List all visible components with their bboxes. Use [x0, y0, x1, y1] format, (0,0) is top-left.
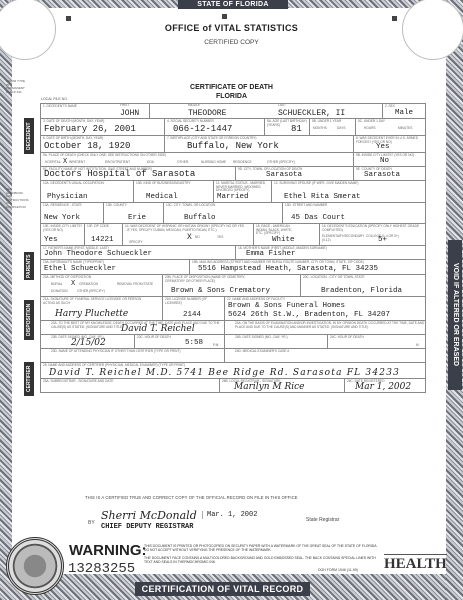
field-informant-name: 19a. INFORMANT'S NAME (Type/Print) Ethel…	[40, 260, 190, 275]
cremation-checkmark[interactable]: X	[71, 280, 75, 288]
field-hour-of-death: 23c. HOUR OF DEATH 5:58 P.M.	[135, 335, 225, 349]
field-license-number: 21b. LICENSE NUMBER (Of Licensee) 2144	[163, 297, 225, 321]
field-ssn: 4. SOCIAL SECURITY NUMBER 066-12-1447	[165, 119, 265, 136]
margin-note: INK OR TYPE IN PERMANENT BLACK INK	[6, 80, 28, 94]
name-row	[40, 103, 383, 119]
field-mother-name: 18. MOTHER'S NAME (First, Middle, Maiden…	[236, 246, 426, 260]
field-armed-forces: 8. WAS DECEDENT EVER IN U.S. ARMED FORCE…	[354, 136, 426, 153]
field-county-of-death: 9e. COUNTY OF DEATH Sarasota	[354, 167, 426, 181]
field-residence-county: 13b. COUNTY Erie	[104, 203, 164, 224]
certification-banner: CERTIFICATION OF VITAL RECORD	[135, 582, 310, 596]
certificate-state: FLORIDA	[0, 93, 463, 100]
serial-number: 13283255	[68, 561, 135, 577]
warning-text: THIS DOCUMENT IS PRINTED OR PHOTOCOPIED …	[144, 544, 379, 552]
copy-type: CERTIFIED COPY	[0, 39, 463, 46]
field-physician-certification: 23a. To the best of my knowledge, death …	[40, 321, 225, 335]
field-examiner-hour: 24c. HOUR OF DEATH M	[328, 335, 426, 349]
registration-mark	[392, 16, 397, 21]
certification-date: Mar. 1, 2002	[202, 511, 257, 519]
field-certifier-address: 25. NAME AND ADDRESS OF CERTIFIER (PHYSI…	[40, 363, 426, 379]
field-inside-city-limits-residence: 13e. INSIDE CITY LIMITS? (Yes or No) Yes	[40, 224, 85, 246]
field-inside-city-limits-death: 9b. INSIDE CITY LIMITS? (Yes or No) No	[354, 153, 426, 167]
field-facility-name: 9c. FACILITY NAME (If not institution, g…	[40, 167, 236, 181]
inpatient-checkmark[interactable]: X	[63, 158, 67, 166]
field-residence-city: 13c. CITY, TOWN, OR LOCATION Buffalo	[164, 203, 283, 224]
health-logo: HEALTH	[384, 554, 447, 573]
field-mailing-address: 19b. MAILING ADDRESS (Street and Number …	[190, 260, 426, 275]
field-examiner-certification: 24a. On the basis of examination and/or …	[225, 321, 426, 335]
field-examiner-case: 24d. MEDICAL EXAMINER'S CASE #	[225, 349, 426, 363]
field-subregistrar: 26a. SUBREGISTRAR - SIGNATURE AND DATE	[40, 379, 220, 393]
state-registrar-label: State Registrar	[306, 517, 339, 523]
field-date-of-death: 3. DATE OF DEATH (Month, Day, Year) Febr…	[40, 119, 165, 136]
section-parents: PARENTS	[24, 252, 34, 280]
field-attending-physician: 23d. NAME OF ATTENDING PHYSICIAN IF OTHE…	[40, 349, 225, 363]
office-title: OFFICE of VITAL STATISTICS	[0, 23, 463, 33]
field-disposition-method: 20a. METHOD OF DISPOSITION Burial X Crem…	[40, 275, 163, 297]
field-zip: 13f. ZIP CODE 14221	[85, 224, 123, 246]
registration-mark	[222, 14, 227, 19]
field-local-registrar: 26b. LOCAL REGISTRAR - SIGNATURE Marilyn…	[220, 379, 345, 393]
void-banner: VOID IF ALTERED OR ERASED	[448, 240, 462, 390]
field-occupation: 10a. DECEDENT'S USUAL OCCUPATION Physici…	[40, 181, 134, 203]
field-place-of-death: 9a. PLACE OF DEATH (Check only one; see …	[40, 153, 354, 167]
form-number: DOH FORM 1946 (11-99)	[318, 568, 358, 572]
field-place-of-disposition: 20b. PLACE OF DISPOSITION (Name of cemet…	[163, 275, 301, 297]
by-label: BY	[88, 520, 95, 526]
field-education: 16. DECEDENT'S EDUCATION (Specify only h…	[320, 224, 426, 246]
field-age: 5a. AGE (Last Birthday) (Years) 81	[265, 119, 310, 136]
field-marital-status: 11. MARITAL STATUS - Married, Never Marr…	[214, 181, 272, 203]
field-street: 13d. STREET AND NUMBER 45 Das Court	[283, 203, 426, 224]
warning-label: WARNING:	[69, 542, 147, 559]
section-disposition: DISPOSITION	[24, 300, 34, 340]
field-birthplace: 7. BIRTHPLACE (City and State or Foreign…	[165, 136, 354, 153]
field-date-registered: 26c. DATE REGISTERED Mar 1, 2002	[345, 379, 426, 393]
field-surviving-spouse: 12. SURVIVING SPOUSE (If wife, give maid…	[272, 181, 426, 203]
certificate-title: CERTIFICATE OF DEATH	[0, 84, 463, 91]
field-race: 15. RACE - American Indian, Black, White…	[254, 224, 320, 246]
field-father-name: 17. FATHER'S NAME (First, Middle, Last) …	[40, 246, 236, 260]
hispanic-no-checkmark[interactable]: X	[187, 233, 192, 242]
field-city-of-death: 9d. CITY, TOWN, OR LOCATION OF DEATH Sar…	[236, 167, 354, 181]
state-seal-icon	[6, 537, 64, 595]
section-certifier: CERTIFIER	[24, 362, 34, 396]
registrar-signature: Sherri McDonald	[101, 509, 197, 522]
field-under-1-day: 5c. UNDER 1 DAY Hours Minutes	[356, 119, 426, 136]
field-funeral-facility: 22. NAME AND ADDRESS OF FACILITY Brown &…	[225, 297, 426, 321]
field-under-1-year: 5b. UNDER 1 YEAR Months Days	[310, 119, 356, 136]
certification-statement: THIS IS A CERTIFIED TRUE AND CORRECT COP…	[85, 495, 298, 500]
local-file-label: LOCAL FILE NO.	[41, 97, 68, 101]
field-director-signature: 21a. SIGNATURE OF FUNERAL SERVICE LICENS…	[40, 297, 163, 321]
signer-title: CHIEF DEPUTY REGISTRAR	[101, 523, 193, 531]
field-examiner-date: 24b. DATE SIGNED (Mo., Day, Yr.)	[225, 335, 328, 349]
field-disposition-location: 20c. LOCATION - City or Town, State Brad…	[301, 275, 426, 297]
warning-text: THE DOCUMENT FACE CONTAINS A MULTICOLORE…	[144, 556, 379, 564]
registration-mark	[66, 16, 71, 21]
field-date-of-birth: 6. DATE OF BIRTH (Month, Day, Year) Octo…	[40, 136, 165, 153]
section-decedent: DECEDENT	[24, 118, 34, 154]
state-banner: STATE OF FLORIDA	[178, 0, 288, 9]
field-residence-state: 13a. RESIDENCE - STATE New York	[40, 203, 104, 224]
margin-note: SEE HANDBOOK FOR INSTRUCTIONS ON COMPLET…	[6, 188, 28, 209]
field-industry: 10b. KIND OF BUSINESS/INDUSTRY Medical	[134, 181, 214, 203]
field-date-signed: 23b. DATE SIGNED (Mo., Day, Yr.) 2/15/02	[40, 335, 135, 349]
field-hispanic-origin: 14. WAS DECEDENT OF HISPANIC OR HAITIAN …	[123, 224, 254, 246]
field-sex: 2. SEX Male	[383, 103, 426, 119]
